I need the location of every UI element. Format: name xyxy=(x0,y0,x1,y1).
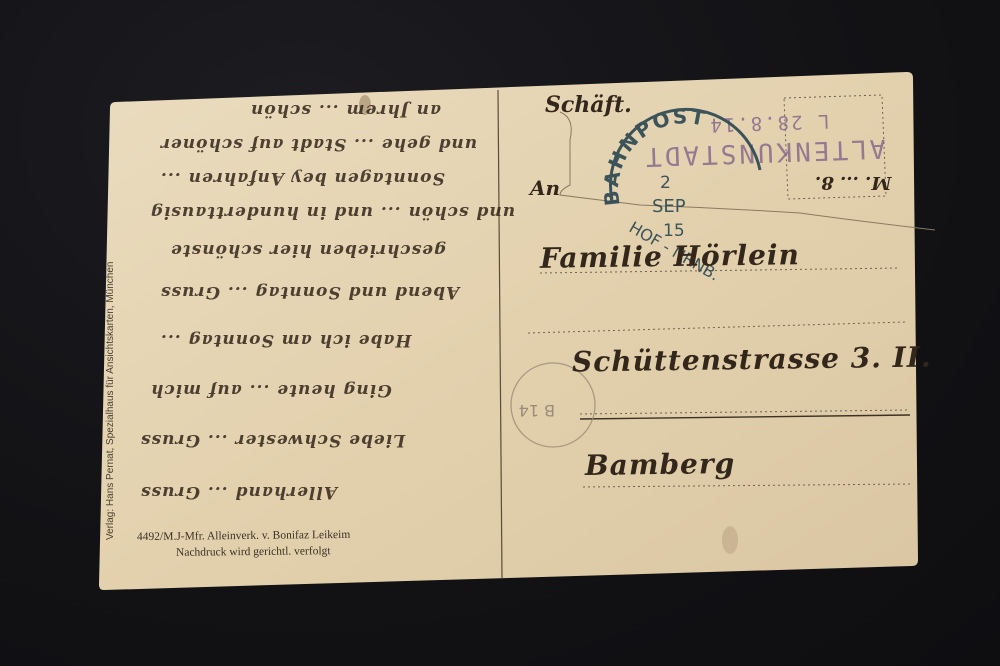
stain xyxy=(722,526,738,554)
postmark-day: 2 xyxy=(660,173,671,193)
message-line-10: Allerhand ... Gruss xyxy=(140,482,337,502)
recipient-street: Schüttenstrasse 3. II. xyxy=(572,340,932,378)
faint-stamp-text: B 14 xyxy=(519,401,555,420)
stamp-box-note: M. ... 8. xyxy=(815,172,891,193)
postcard-graphic: B 14 ALTENKUNSTADT L 28.8.14 BAHNPOST 2 … xyxy=(0,0,1000,666)
message-line-3: Sonntagen bey Anfahren ... xyxy=(160,168,445,188)
message-line-9: Liebe Schwester ... Gruss xyxy=(140,430,405,450)
top-note: Schäft. xyxy=(545,92,632,118)
message-line-5: geschrieben hier schönste xyxy=(170,240,446,260)
message-line-6: Abend und Sonntag ... Gruss xyxy=(160,282,459,302)
message-line-8: Ging heute ... auf mich xyxy=(150,380,392,400)
publisher-line-2: Nachdruck wird gerichtl. verfolgt xyxy=(176,545,331,559)
recipient-city: Bamberg xyxy=(585,447,736,482)
postcard: B 14 ALTENKUNSTADT L 28.8.14 BAHNPOST 2 … xyxy=(0,0,1000,666)
message-line-7: Habe ich am Sonntag ... xyxy=(160,330,411,350)
vertical-publisher-imprint: Verlag: Hans Pernat, Spezialhaus für Ans… xyxy=(105,120,116,540)
recipient-name: Familie Hörlein xyxy=(540,238,800,275)
message-line-2: und gehe ... Stadt auf schöner xyxy=(160,134,477,154)
publisher-line-1: 4492/M.J-Mfr. Alleinverk. v. Bonifaz Lei… xyxy=(137,529,350,543)
message-line-1: an Jhrem ... schön xyxy=(250,100,441,120)
left-note: An xyxy=(530,176,560,200)
postmark-month: SEP xyxy=(652,196,686,217)
message-line-4: und schön ... und in hunderttausig xyxy=(150,202,515,222)
